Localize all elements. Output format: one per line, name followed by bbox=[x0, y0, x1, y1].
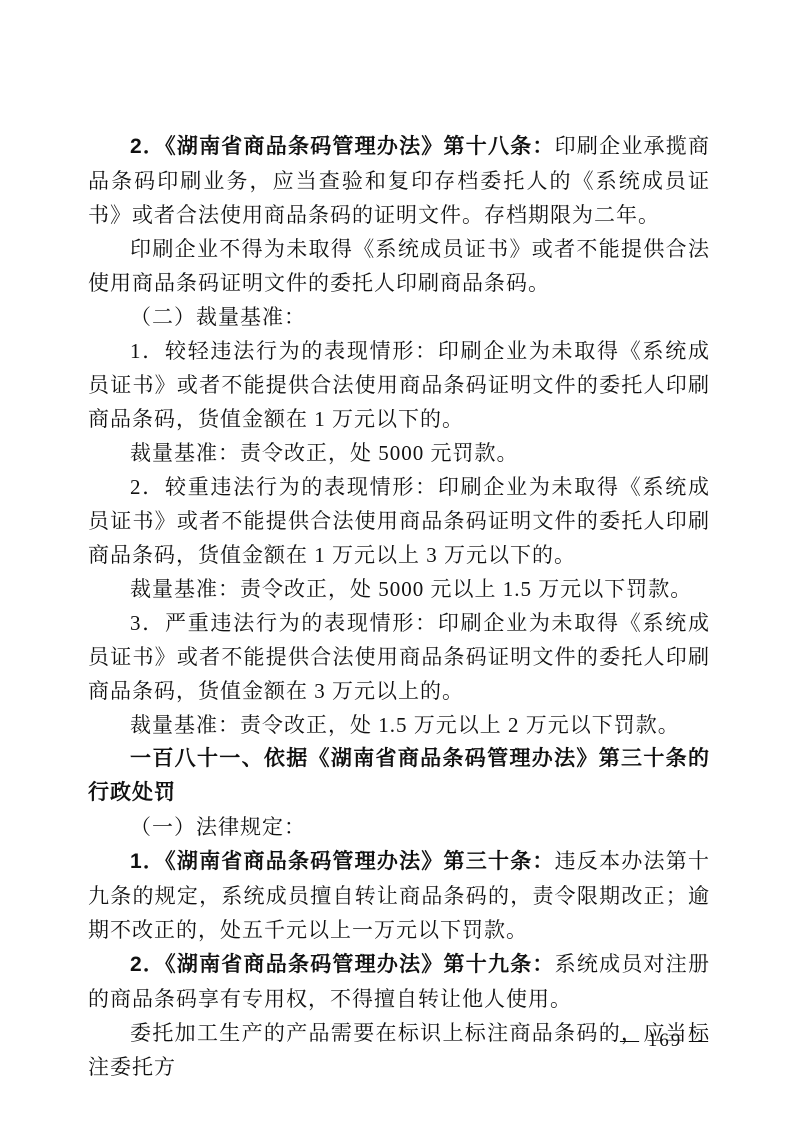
text-segment: 委托加工生产的产品需要在标识上标注商品条码的，应当标注委托方 bbox=[88, 1021, 710, 1079]
page-number: — 169 — bbox=[620, 1030, 710, 1052]
paragraph: 裁量基准：责令改正，处 5000 元以上 1.5 万元以下罚款。 bbox=[88, 572, 710, 606]
paragraph: 2．《湖南省商品条码管理办法》第十八条：印刷企业承揽商品条码印刷业务，应当查验和… bbox=[88, 129, 710, 232]
paragraph: 印刷企业不得为未取得《系统成员证书》或者不能提供合法使用商品条码证明文件的委托人… bbox=[88, 232, 710, 300]
text-segment: （二）裁量基准： bbox=[130, 305, 306, 329]
text-segment: 裁量基准：责令改正，处 1.5 万元以上 2 万元以下罚款。 bbox=[130, 713, 680, 737]
text-segment: 1．较轻违法行为的表现情形：印刷企业为未取得《系统成员证书》或者不能提供合法使用… bbox=[88, 339, 710, 431]
document-page: 2．《湖南省商品条码管理办法》第十八条：印刷企业承揽商品条码印刷业务，应当查验和… bbox=[0, 0, 793, 1122]
text-segment: （一）法律规定： bbox=[130, 815, 306, 839]
text-segment: 3．严重违法行为的表现情形：印刷企业为未取得《系统成员证书》或者不能提供合法使用… bbox=[88, 611, 710, 703]
text-segment: 2．较重违法行为的表现情形：印刷企业为未取得《系统成员证书》或者不能提供合法使用… bbox=[88, 475, 710, 567]
paragraph: 2．《湖南省商品条码管理办法》第十九条：系统成员对注册的商品条码享有专用权，不得… bbox=[88, 947, 710, 1016]
paragraph: （一）法律规定： bbox=[88, 810, 710, 844]
bold-text-segment: 2．《湖南省商品条码管理办法》第十九条： bbox=[130, 953, 555, 976]
section-heading: 一百八十一、依据《湖南省商品条码管理办法》第三十条的行政处罚 bbox=[88, 742, 710, 810]
text-segment: 裁量基准：责令改正，处 5000 元罚款。 bbox=[130, 441, 519, 465]
text-segment: 印刷企业不得为未取得《系统成员证书》或者不能提供合法使用商品条码证明文件的委托人… bbox=[88, 237, 710, 295]
bold-text-segment: 2．《湖南省商品条码管理办法》第十八条： bbox=[130, 135, 555, 158]
paragraph: 1．《湖南省商品条码管理办法》第三十条：违反本办法第十九条的规定，系统成员擅自转… bbox=[88, 844, 710, 947]
bold-text-segment: 一百八十一、依据《湖南省商品条码管理办法》第三十条的行政处罚 bbox=[88, 747, 710, 804]
paragraph: 委托加工生产的产品需要在标识上标注商品条码的，应当标注委托方 bbox=[88, 1016, 710, 1084]
paragraph: 裁量基准：责令改正，处 5000 元罚款。 bbox=[88, 436, 710, 470]
text-segment: 裁量基准：责令改正，处 5000 元以上 1.5 万元以下罚款。 bbox=[130, 577, 692, 601]
paragraph: 1．较轻违法行为的表现情形：印刷企业为未取得《系统成员证书》或者不能提供合法使用… bbox=[88, 334, 710, 436]
paragraph: （二）裁量基准： bbox=[88, 300, 710, 334]
paragraph: 3．严重违法行为的表现情形：印刷企业为未取得《系统成员证书》或者不能提供合法使用… bbox=[88, 606, 710, 708]
document-body: 2．《湖南省商品条码管理办法》第十八条：印刷企业承揽商品条码印刷业务，应当查验和… bbox=[88, 129, 710, 1084]
paragraph: 裁量基准：责令改正，处 1.5 万元以上 2 万元以下罚款。 bbox=[88, 708, 710, 742]
paragraph: 2．较重违法行为的表现情形：印刷企业为未取得《系统成员证书》或者不能提供合法使用… bbox=[88, 470, 710, 572]
bold-text-segment: 1．《湖南省商品条码管理办法》第三十条： bbox=[130, 850, 555, 873]
